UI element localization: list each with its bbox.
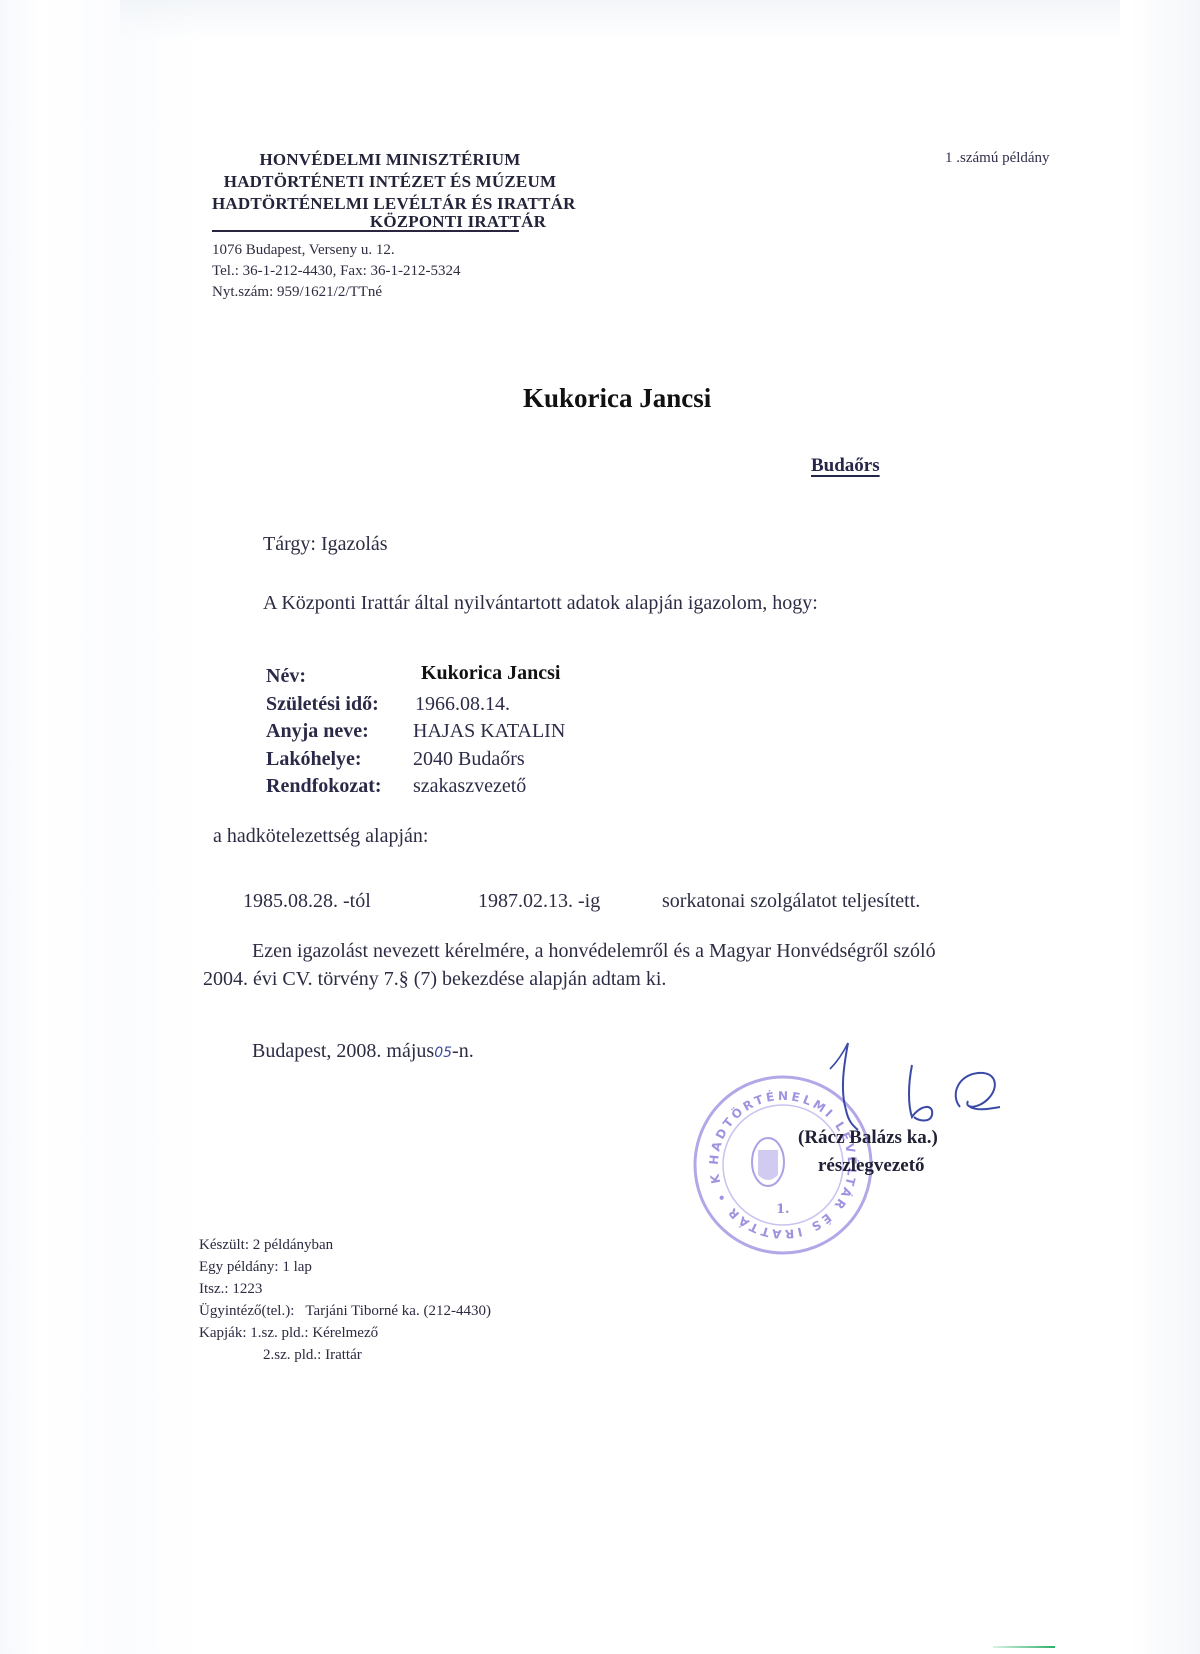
place-date-suffix: -n. (452, 1040, 474, 1062)
service-description: sorkatonai szolgálatot teljesített. (662, 890, 920, 913)
copy-number: 1 .számú példány (945, 150, 1050, 167)
legal-paragraph-line-2: 2004. évi CV. törvény 7.§ (7) bekezdése … (203, 968, 666, 991)
legal-paragraph-line-1: Ezen igazolást nevezett kérelmére, a hon… (252, 940, 936, 963)
field-label-residence: Lakóhelye: (266, 748, 362, 771)
letterhead-line-institute: HADTÖRTÉNETI INTÉZET ÉS MÚZEUM (190, 172, 590, 192)
letterhead-underline (212, 230, 519, 232)
footer-recipients-1: Kapják: 1.sz. pld.: Kérelmező (199, 1325, 378, 1342)
letterhead-line-archive: HADTÖRTÉNELMI LEVÉLTÁR ÉS IRATTÁR (190, 194, 642, 214)
letterhead-line-ministry: HONVÉDELMI MINISZTÉRIUM (190, 150, 590, 170)
letterhead-phone-fax: Tel.: 36-1-212-4430, Fax: 36-1-212-5324 (212, 263, 461, 280)
letterhead-line-central-registry: KÖZPONTI IRATTÁR (190, 212, 658, 232)
footer-recipients-2: 2.sz. pld.: Irattár (263, 1347, 362, 1364)
recipient-name: Kukorica Jancsi (523, 383, 711, 414)
footer-pages-per-copy: Egy példány: 1 lap (199, 1259, 312, 1276)
place-date-prefix: Budapest, 2008. május (252, 1040, 434, 1062)
basis-line: a hadkötelezettség alapján: (213, 825, 428, 848)
letterhead-registry-number: Nyt.szám: 959/1621/2/TTné (212, 284, 382, 301)
signatory-title: részlegvezető (818, 1155, 925, 1177)
scan-artifact-line (993, 1646, 1055, 1648)
footer-copies-made: Készült: 2 példányban (199, 1237, 333, 1254)
field-label-name: Név: (266, 665, 306, 688)
intro-sentence: A Központi Irattár által nyilvántartott … (263, 592, 818, 615)
field-label-birth-date: Születési idő: (266, 693, 379, 716)
field-value-birth-date: 1966.08.14. (415, 693, 510, 716)
place-date: Budapest, 2008. május05-n. (252, 1040, 474, 1063)
field-value-rank: szakaszvezető (413, 775, 526, 798)
field-value-residence: 2040 Budaőrs (413, 748, 525, 771)
service-to: 1987.02.13. -ig (478, 890, 600, 913)
field-label-rank: Rendfokozat: (266, 775, 382, 798)
field-label-mother-name: Anyja neve: (266, 720, 369, 743)
field-value-mother-name: HAJAS KATALIN (413, 720, 565, 743)
handwritten-day: 05 (434, 1045, 452, 1061)
letterhead-address: 1076 Budapest, Verseny u. 12. (212, 242, 395, 259)
scanned-paper (0, 0, 1200, 1654)
service-from: 1985.08.28. -tól (243, 890, 371, 913)
field-value-name: Kukorica Jancsi (421, 662, 560, 685)
footer-itsz: Itsz.: 1223 (199, 1281, 262, 1298)
stamp-number: 1. (776, 1202, 790, 1217)
recipient-city: Budaőrs (811, 455, 880, 477)
footer-case-officer: Ügyintéző(tel.): Tarjáni Tiborné ka. (21… (199, 1303, 491, 1320)
subject-line: Tárgy: Igazolás (263, 533, 388, 556)
signatory-name: (Rácz Balázs ka.) (798, 1127, 938, 1149)
